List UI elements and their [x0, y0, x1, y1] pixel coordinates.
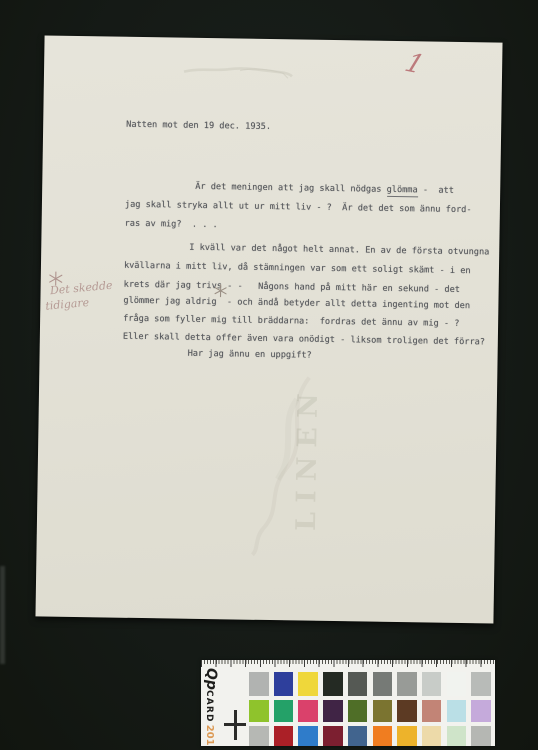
color-patch-r1-c6: [373, 672, 393, 696]
color-calibration-card: QpCARD201: [201, 660, 495, 746]
color-patch-r3-c9: [447, 726, 467, 746]
color-patch-r1-c8: [422, 672, 442, 696]
typed-line-3: ras av mig? . . .: [125, 219, 218, 230]
color-patch-r3-c4: [323, 726, 343, 746]
qpcard-brand-text: Qp: [203, 668, 219, 690]
color-patch-r2-c8: [422, 700, 442, 722]
color-patch-r2-c6: [373, 700, 393, 722]
patch-grid: [249, 660, 495, 746]
typed-line-4: I kväll var det något helt annat. En av …: [189, 243, 489, 258]
color-patch-r1-c5: [348, 672, 368, 696]
color-patch-r3-c8: [422, 726, 442, 746]
color-patch-r3-c1: [249, 726, 269, 746]
color-patch-r3-c7: [397, 726, 417, 746]
typed-line-1: Är det meningen att jag skall nödgas glö…: [195, 182, 454, 196]
typed-line-10: Har jag ännu en uppgift?: [188, 349, 312, 361]
scan-photo-background: 1 Natten mot den 19 dec. 1935.Är det men…: [0, 0, 538, 750]
typed-line-8: fråga som fyller mig till bräddarna: for…: [123, 314, 459, 329]
faint-ink-flourish: [236, 369, 329, 560]
color-patch-r2-c1: [249, 700, 269, 722]
color-patch-r1-c2: [274, 672, 294, 696]
color-patch-r2-c10: [471, 700, 491, 722]
qpcard-model-text: 201: [204, 725, 215, 746]
color-patch-r1-c4: [323, 672, 343, 696]
color-patch-r1-c10: [471, 672, 491, 696]
color-patch-r3-c10: [471, 726, 491, 746]
color-patch-r1-c7: [397, 672, 417, 696]
color-patch-r3-c6: [373, 726, 393, 746]
typed-line-0: Natten mot den 19 dec. 1935.: [126, 120, 271, 132]
typed-line-5: kvällarna i mitt liv, då stämningen var …: [124, 261, 471, 276]
color-patch-r3-c5: [348, 726, 368, 746]
color-patch-r2-c5: [348, 700, 368, 722]
typewritten-letter-page: 1 Natten mot den 19 dec. 1935.Är det men…: [35, 35, 502, 623]
typed-line-2: jag skall stryka allt ut ur mitt liv - ?…: [125, 200, 472, 215]
color-patch-r2-c3: [298, 700, 318, 722]
qpcard-brand-text: CARD: [204, 690, 214, 723]
color-patch-r2-c7: [397, 700, 417, 722]
color-patch-r3-c2: [274, 726, 294, 746]
color-patch-r2-c2: [274, 700, 294, 722]
color-patch-r3-c3: [298, 726, 318, 746]
typed-line-6: krets där jag trivs - - Någons hand på m…: [124, 280, 460, 295]
scan-edge-artifact: [0, 566, 5, 664]
inline-asterisk-icon: [215, 284, 227, 297]
color-patch-r2-c9: [447, 700, 467, 722]
color-patch-r1-c9: [447, 672, 467, 696]
typed-line-9: Eller skall detta offer även vara onödig…: [123, 332, 485, 348]
color-patch-r2-c4: [323, 700, 343, 722]
typed-line-7: glömmer jag aldrig - och ändå betyder al…: [123, 296, 470, 311]
color-patch-r1-c1: [249, 672, 269, 696]
color-patch-r1-c3: [298, 672, 318, 696]
registration-cross-icon: [224, 723, 246, 726]
qpcard-logo: QpCARD201: [204, 668, 222, 746]
